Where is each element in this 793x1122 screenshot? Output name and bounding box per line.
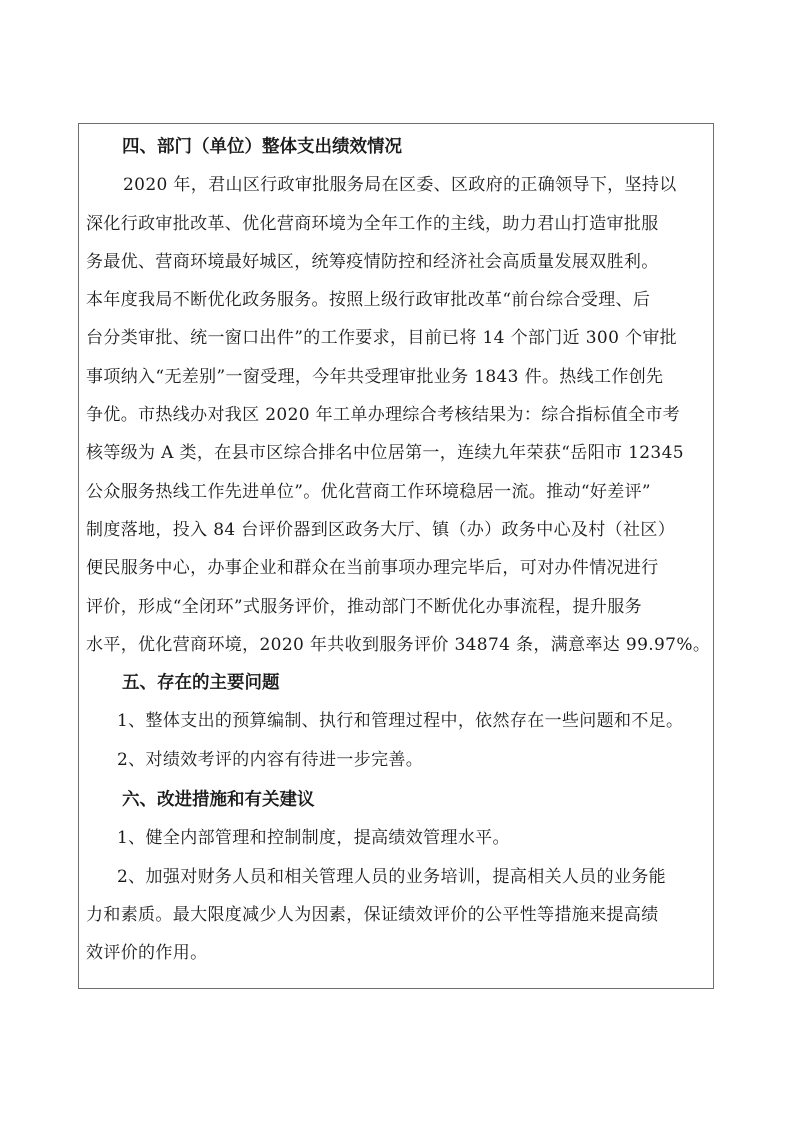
paragraph-line: 2、加强对财务人员和相关管理人员的业务培训，提高相关人员的业务能 bbox=[86, 858, 706, 896]
paragraph-line: 公众服务热线工作先进单位”。优化营商工作环境稳居一流。推动“好差评” bbox=[86, 473, 706, 511]
paragraph-line: 核等级为 A 类，在县市区综合排名中位居第一，连续九年荣获“岳阳市 12345 bbox=[86, 434, 706, 472]
section-heading-5: 五、存在的主要问题 bbox=[86, 664, 706, 702]
paragraph-line: 事项纳入“无差别”一窗受理，今年共受理审批业务 1843 件。热线工作创先 bbox=[86, 358, 706, 396]
paragraph-line: 2020 年，君山区行政审批服务局在区委、区政府的正确领导下，坚持以 bbox=[86, 166, 706, 204]
document-content: 四、部门（单位）整体支出绩效情况 2020 年，君山区行政审批服务局在区委、区政… bbox=[86, 124, 706, 973]
paragraph-line: 台分类审批、统一窗口出件”的工作要求，目前已将 14 个部门近 300 个审批 bbox=[86, 319, 706, 357]
paragraph-line: 深化行政审批改革、优化营商环境为全年工作的主线，助力君山打造审批服 bbox=[86, 205, 706, 243]
problem-item: 1、整体支出的预算编制、执行和管理过程中，依然存在一些问题和不足。 bbox=[86, 702, 706, 740]
section-4-paragraph: 2020 年，君山区行政审批服务局在区委、区政府的正确领导下，坚持以 深化行政审… bbox=[86, 166, 706, 664]
paragraph-line: 水平，优化营商环境，2020 年共收到服务评价 34874 条，满意率达 99.… bbox=[86, 626, 706, 664]
paragraph-line: 制度落地，投入 84 台评价器到区政务大厅、镇（办）政务中心及村（社区） bbox=[86, 511, 706, 549]
paragraph-line: 力和素质。最大限度减少人为因素，保证绩效评价的公平性等措施来提高绩 bbox=[86, 896, 706, 934]
paragraph-line: 务最优、营商环境最好城区，统筹疫情防控和经济社会高质量发展双胜利。 bbox=[86, 243, 706, 281]
paragraph-line: 本年度我局不断优化政务服务。按照上级行政审批改革“前台综合受理、后 bbox=[86, 281, 706, 319]
suggestion-item-2: 2、加强对财务人员和相关管理人员的业务培训，提高相关人员的业务能 力和素质。最大… bbox=[86, 858, 706, 973]
paragraph-line: 评价，形成“全闭环”式服务评价，推动部门不断优化办事流程，提升服务 bbox=[86, 588, 706, 626]
problem-item: 2、对绩效考评的内容有待进一步完善。 bbox=[86, 741, 706, 779]
paragraph-line: 效评价的作用。 bbox=[86, 934, 706, 972]
document-frame: 四、部门（单位）整体支出绩效情况 2020 年，君山区行政审批服务局在区委、区政… bbox=[78, 123, 714, 989]
section-heading-6: 六、改进措施和有关建议 bbox=[86, 781, 706, 819]
suggestion-item: 1、健全内部管理和控制制度，提高绩效管理水平。 bbox=[86, 819, 706, 857]
paragraph-line: 争优。市热线办对我区 2020 年工单办理综合考核结果为：综合指标值全市考 bbox=[86, 396, 706, 434]
paragraph-line: 便民服务中心，办事企业和群众在当前事项办理完毕后，可对办件情况进行 bbox=[86, 549, 706, 587]
section-heading-4: 四、部门（单位）整体支出绩效情况 bbox=[86, 128, 706, 166]
